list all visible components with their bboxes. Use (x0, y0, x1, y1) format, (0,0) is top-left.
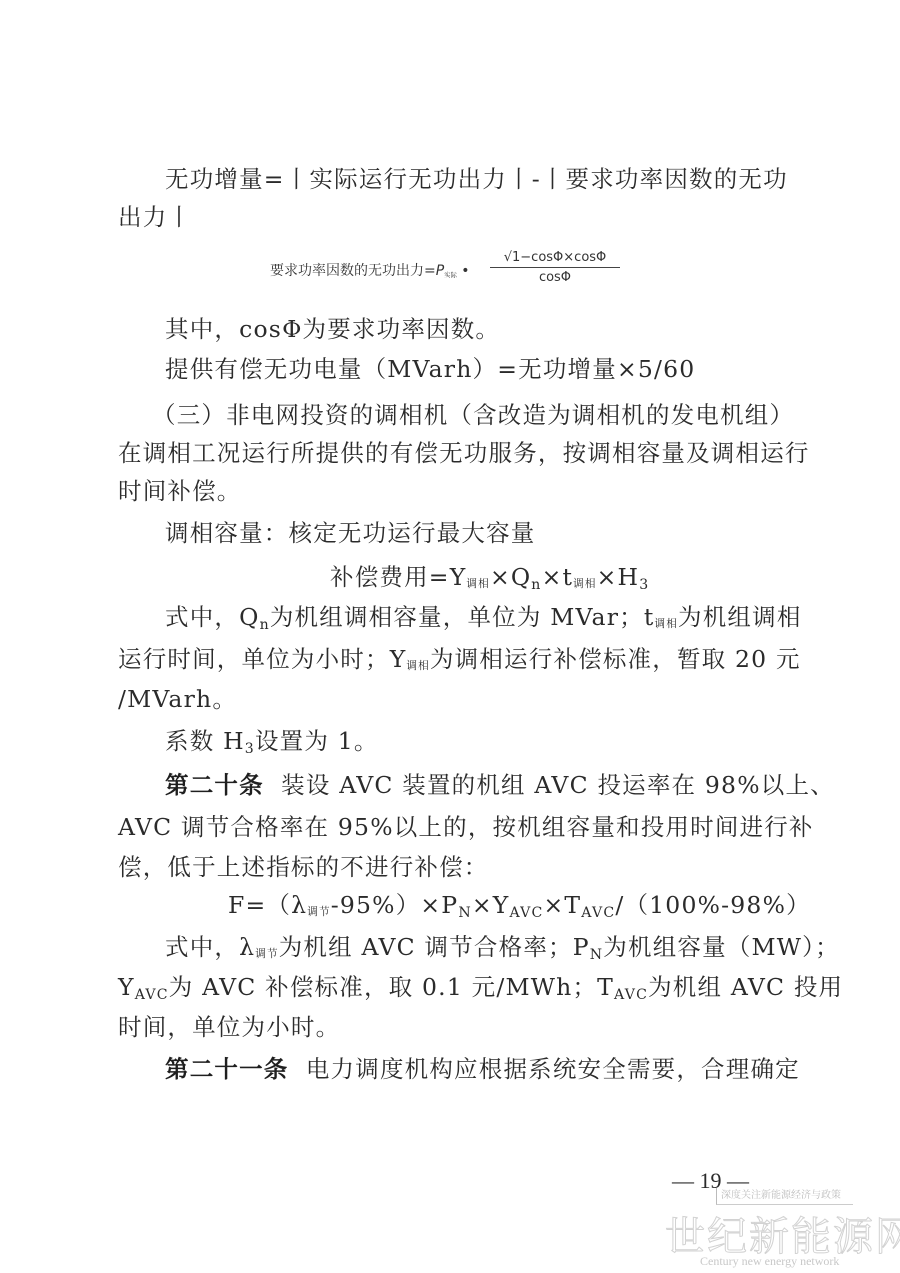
text-line: /MVarh。 (118, 682, 788, 716)
text-line-time: 运行时间，单位为小时；Y调相为调相运行补偿标准，暂取 20 元 (118, 642, 788, 676)
formula-sub: n (531, 577, 541, 593)
text-line-h3: 系数 H3设置为 1。 (165, 724, 835, 758)
formula-sub: 调相 (466, 578, 490, 590)
formula-part: ×Y (472, 891, 510, 919)
formula-p: P (436, 263, 444, 279)
formula-lhs: 要求功率因数的无功出力= (270, 263, 436, 279)
watermark-tagline: 深度关注新能源经济与政策 (716, 1188, 853, 1205)
article-20-line: 第二十条 装设 AVC 装置的机组 AVC 投运率在 98%以上、 (165, 768, 835, 802)
text-part: 系数 H (165, 727, 245, 755)
formula-compensation: 补偿费用=Y调相×Qn×t调相×H3 (330, 560, 900, 594)
text-line: 调相容量：核定无功运行最大容量 (165, 516, 835, 550)
formula-dot: • (461, 263, 469, 279)
text-part: 为机组容量（MW）； (603, 933, 839, 961)
text-line-lambda: 式中，λ调节为机组 AVC 调节合格率；PN为机组容量（MW）； (165, 930, 835, 964)
formula-sub: AVC (509, 905, 543, 921)
formula-part: ×T (544, 891, 582, 919)
text-line: 其中，cosΦ为要求功率因数。 (165, 312, 835, 346)
text-line: AVC 调节合格率在 95%以上的，按机组容量和投用时间进行补 (118, 810, 788, 844)
text-part: 为调相运行补偿标准，暂取 20 元 (430, 645, 801, 673)
text-sub: 调相 (406, 660, 430, 672)
formula-avc: F=（λ调节-95%）×PN×YAVC×TAVC/（100%-98%） (228, 888, 898, 922)
text-line: 时间，单位为小时。 (118, 1010, 788, 1044)
text-part: 为机组调相 (678, 603, 802, 631)
text-sub: 调节 (255, 948, 279, 960)
text-part: 为 AVC 补偿标准，取 0.1 元/MWh；T (169, 973, 614, 1001)
text-line: 出力丨 (118, 200, 788, 234)
text-line: 无功增量=丨实际运行无功出力丨-丨要求功率因数的无功 (165, 162, 835, 196)
formula-part: ×Q (490, 563, 531, 591)
text-part: 式中，λ (165, 933, 255, 961)
formula-numerator: √1−cosΦ×cosΦ (490, 250, 620, 268)
formula-reactive-output: 要求功率因数的无功出力=P实际 • √1−cosΦ×cosΦ cosΦ (270, 250, 630, 294)
text-sub: 3 (245, 741, 255, 757)
article-20-title: 第二十条 (165, 771, 264, 799)
text-sub: N (590, 947, 604, 963)
text-line: 在调相工况运行所提供的有偿无功服务，按调相容量及调相运行 (118, 436, 788, 470)
text-part: 式中，Q (165, 603, 260, 631)
text-sub: AVC (135, 987, 169, 1003)
text-part: 装设 AVC 装置的机组 AVC 投运率在 98%以上、 (281, 771, 835, 799)
formula-sub: 3 (639, 577, 649, 593)
formula-sub: AVC (581, 905, 615, 921)
formula-p-sub: 实际 (444, 272, 457, 279)
formula-part: ×t (542, 563, 574, 591)
article-21-title: 第二十一条 (165, 1055, 289, 1083)
formula-fraction: √1−cosΦ×cosΦ cosΦ (490, 250, 620, 285)
text-line: 偿，低于上述指标的不进行补偿： (118, 850, 788, 884)
formula-sub: N (458, 905, 472, 921)
text-part: 为机组 AVC 投用 (648, 973, 843, 1001)
formula-sub: 调相 (573, 578, 597, 590)
text-sub: 调相 (655, 618, 679, 630)
formula-part: ×H (597, 563, 640, 591)
formula-part: /（100%-98%） (615, 891, 810, 919)
formula-part: F=（λ (228, 891, 307, 919)
text-part: 运行时间，单位为小时；Y (118, 645, 406, 673)
document-page: 无功增量=丨实际运行无功出力丨-丨要求功率因数的无功 出力丨 要求功率因数的无功… (0, 0, 900, 1273)
text-part: Y (118, 973, 135, 1001)
text-sub: n (260, 617, 270, 633)
formula-part: 补偿费用=Y (330, 563, 466, 591)
formula-sub: 调节 (307, 906, 331, 918)
text-line: 提供有偿无功电量（MVarh）=无功增量×5/60 (165, 352, 835, 386)
text-part: 设置为 1。 (255, 727, 379, 755)
text-line: （三）非电网投资的调相机（含改造为调相机的发电机组） (152, 398, 822, 432)
text-line: 时间补偿。 (118, 474, 788, 508)
text-sub: AVC (614, 987, 648, 1003)
formula-denominator: cosΦ (490, 268, 620, 285)
formula-part: -95%）×P (331, 891, 459, 919)
text-part: 电力调度机构应根据系统安全需要，合理确定 (306, 1055, 800, 1083)
watermark-english: Century new energy network (700, 1254, 839, 1269)
text-part: 为机组 AVC 调节合格率；P (279, 933, 590, 961)
text-line-yavc: YAVC为 AVC 补偿标准，取 0.1 元/MWh；TAVC为机组 AVC 投… (118, 970, 788, 1004)
text-line-qn: 式中，Qn为机组调相容量，单位为 MVar；t调相为机组调相 (165, 600, 835, 634)
text-part: 为机组调相容量，单位为 MVar；t (270, 603, 655, 631)
article-21-line: 第二十一条 电力调度机构应根据系统安全需要，合理确定 (165, 1052, 835, 1086)
